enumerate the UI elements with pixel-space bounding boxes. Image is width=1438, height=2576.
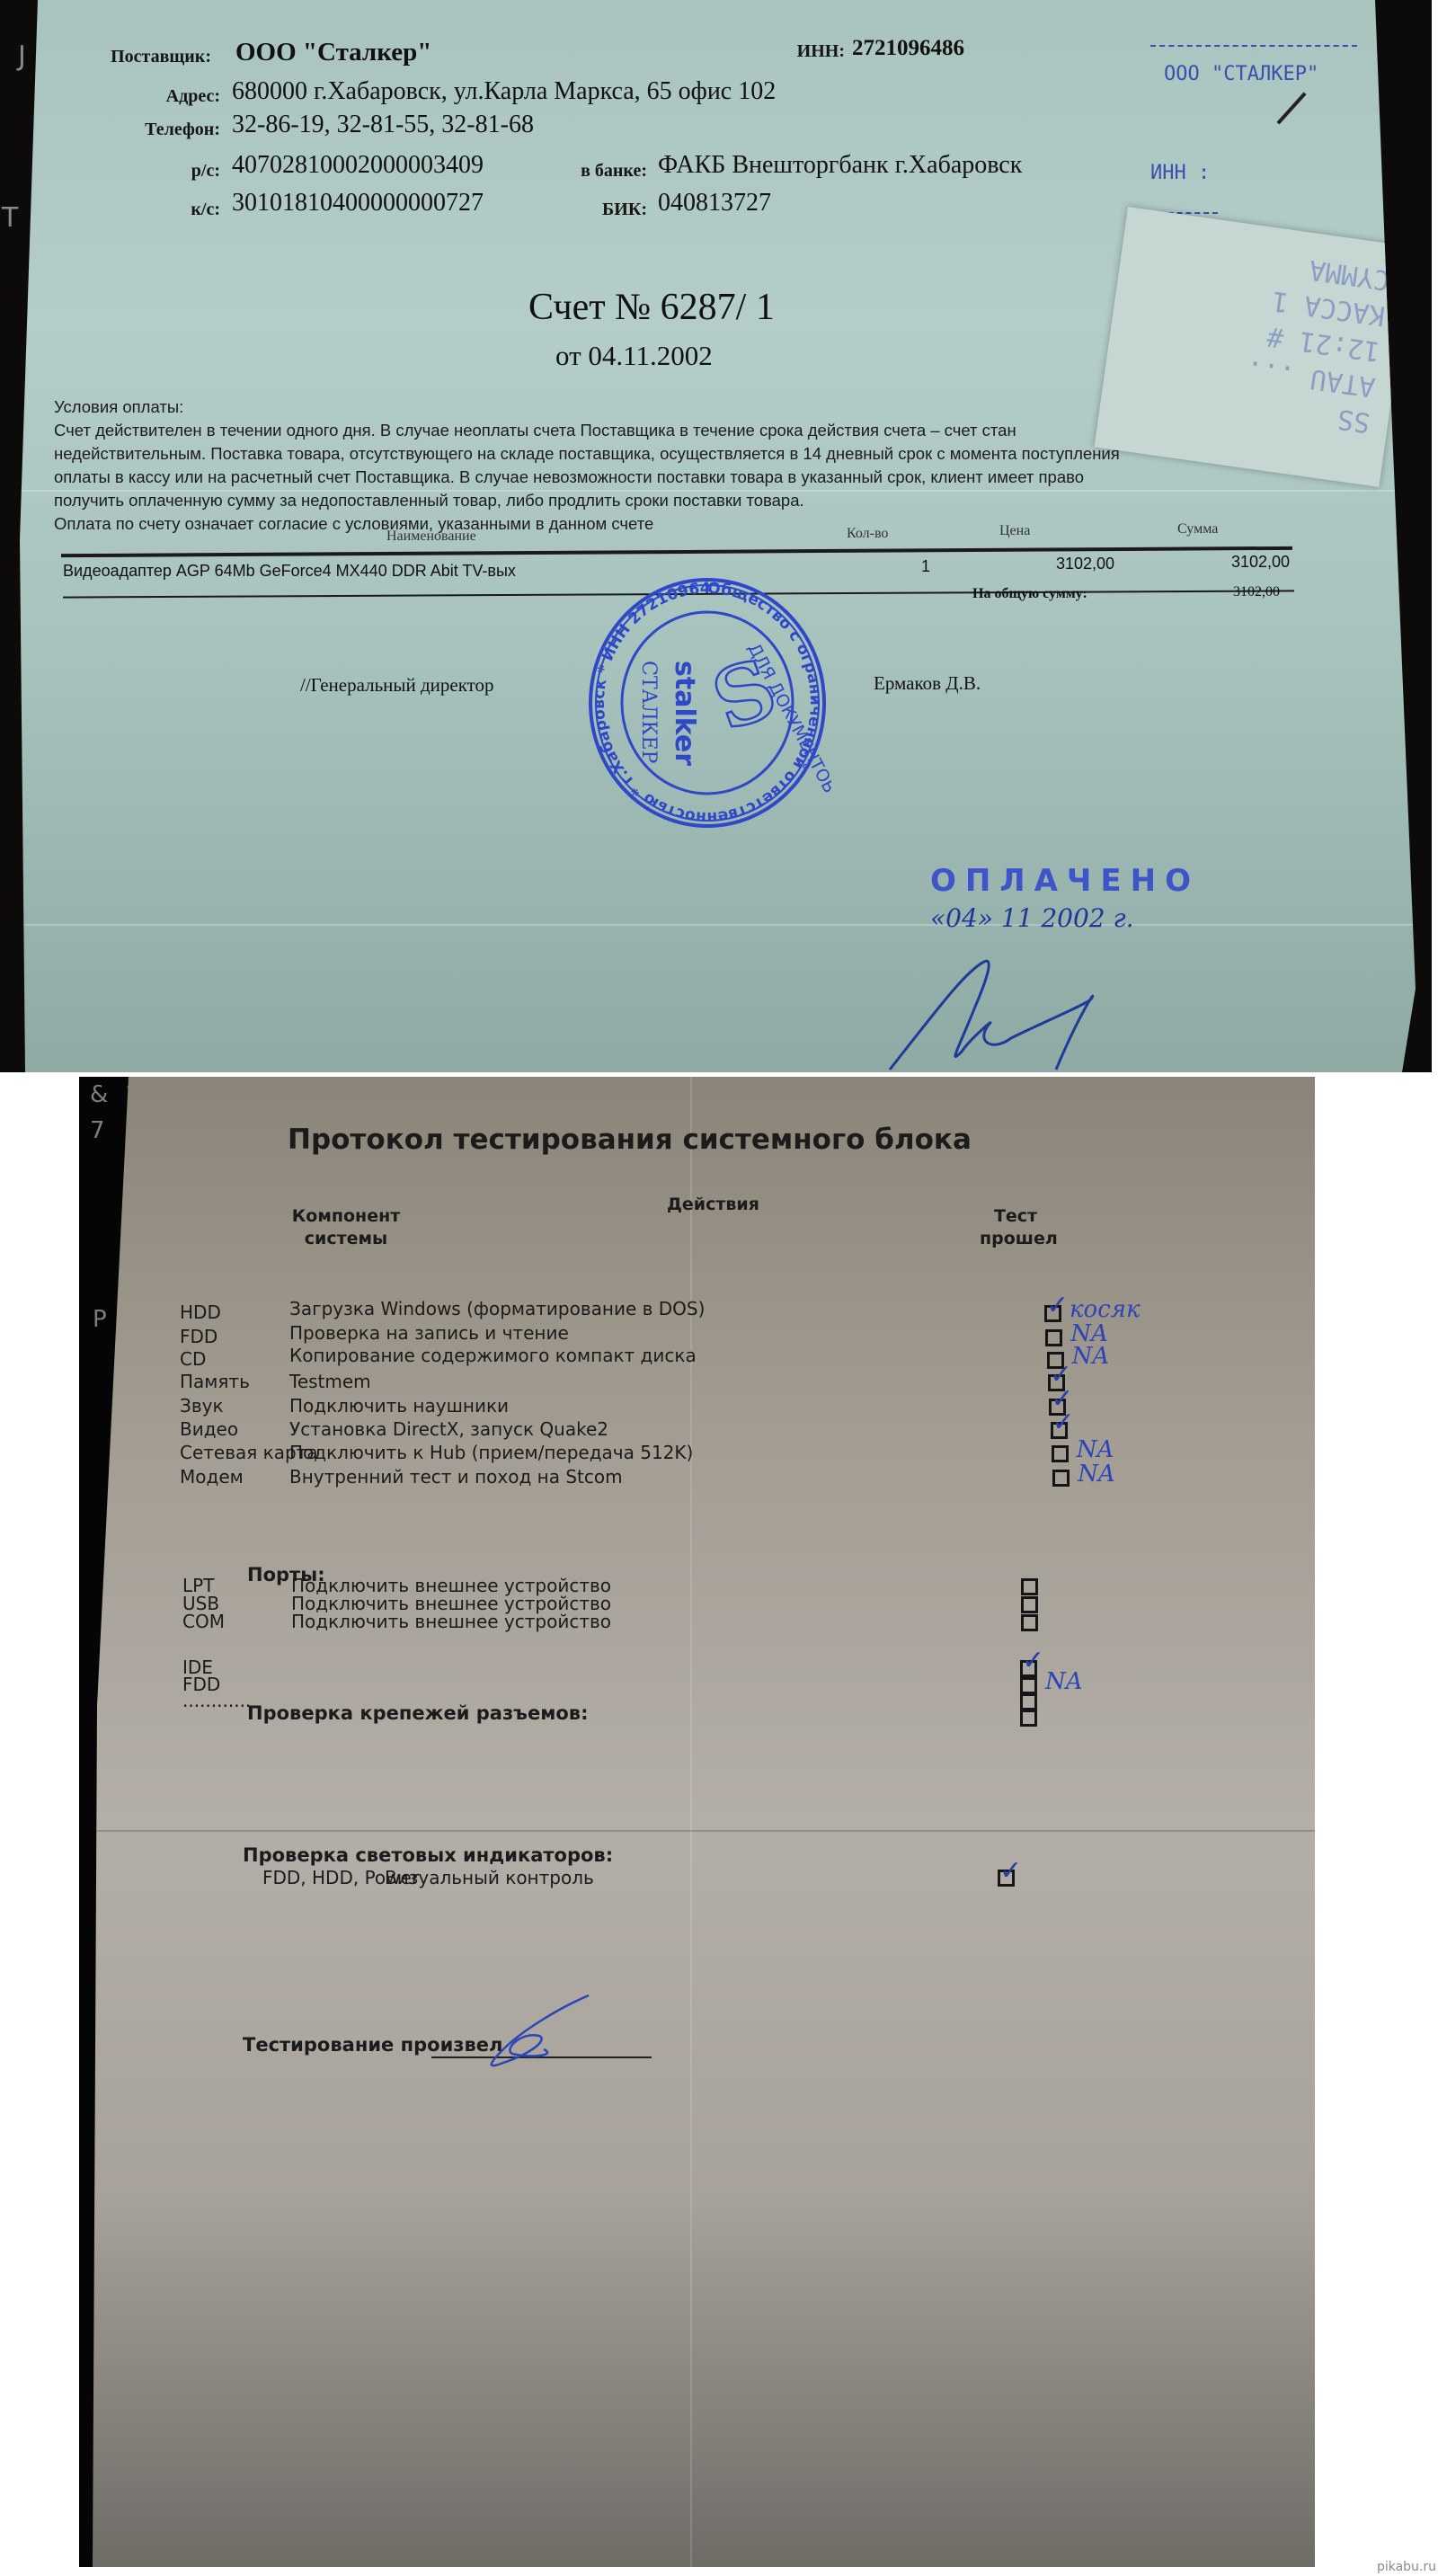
seal-inner-side: СТАЛКЕР xyxy=(637,661,660,764)
test-passed-checkbox[interactable] xyxy=(1021,1614,1038,1631)
background-keyboard-letter: T xyxy=(2,202,18,234)
tested-by-label: Тестирование произвел xyxy=(243,2034,502,2056)
test-action: Копирование содержимого компакт диска xyxy=(289,1345,697,1366)
signatory-name: Ермаков Д.В. xyxy=(874,672,981,695)
handwritten-note: NA xyxy=(1078,1461,1115,1488)
component-name: Память xyxy=(180,1371,250,1392)
paper-fold xyxy=(79,1830,1315,1832)
seal-logo-text: stalker xyxy=(669,661,700,766)
background-keyboard-letter: P xyxy=(93,1306,107,1333)
handwritten-note: косяк xyxy=(1070,1296,1140,1323)
receipt-company: ООО "СТАЛКЕР" xyxy=(1164,63,1318,85)
supplier-name: ООО "Сталкер" xyxy=(235,38,431,67)
item-sum: 3102,00 xyxy=(1231,553,1290,572)
terms-line: оплаты в кассу или на расчетный счет Пос… xyxy=(54,466,1294,489)
total-value: 3102,00 xyxy=(1233,584,1280,600)
test-action: Подключить к Hub (прием/передача 512K) xyxy=(289,1442,693,1463)
phone-value: 32-86-19, 32-81-55, 32-81-68 xyxy=(232,111,534,139)
background-keyboard-letter: 7 xyxy=(90,1117,105,1144)
bank-value: ФАКБ Внешторгбанк г.Хабаровск xyxy=(658,151,1022,180)
invoice-photo: J T Поставщик: ООО "Сталкер" ИНН: 272109… xyxy=(0,0,1432,1072)
inn-value: 2721096486 xyxy=(852,36,964,61)
account-value: 40702810002000003409 xyxy=(232,151,484,180)
column-header-sum: Сумма xyxy=(1177,521,1218,537)
background-keyboard-letter: J xyxy=(18,40,26,72)
paid-date: «04» 11 2002 г. xyxy=(930,903,1134,933)
protocol-title: Протокол тестирования системного блока xyxy=(288,1124,972,1156)
account-label: р/с: xyxy=(135,161,220,182)
test-action: Установка DirectX, запуск Quake2 xyxy=(289,1418,608,1440)
invoice-date: от 04.11.2002 xyxy=(555,340,713,372)
component-name: HDD xyxy=(180,1301,221,1323)
terms-line: получить оплаченную сумму за недопоставл… xyxy=(54,489,1294,512)
test-action: Загрузка Windows (форматирование в DOS) xyxy=(289,1298,705,1319)
handwritten-signature xyxy=(885,953,1119,1072)
pen-mark xyxy=(1276,92,1306,124)
signatory-title: //Генеральный директор xyxy=(300,674,494,697)
test-action: Подключить внешнее устройство xyxy=(291,1611,611,1632)
paper-fold xyxy=(0,924,1432,926)
checkmark-icon: ✓ xyxy=(999,1858,1022,1885)
background-keyboard-letter: & xyxy=(90,1081,108,1108)
terms-line: Оплата по счету означает согласие с усло… xyxy=(54,512,1294,536)
tester-signature xyxy=(467,1991,593,2072)
test-action: Проверка на запись и чтение xyxy=(289,1322,569,1344)
receipt-inn-label: ИНН : xyxy=(1150,162,1210,184)
column-header-passed: Тест прошел xyxy=(980,1205,1052,1250)
indicators-heading: Проверка световых индикаторов: xyxy=(243,1844,613,1866)
total-label: На общую сумму: xyxy=(972,586,1087,602)
column-header-component: Компонент системы xyxy=(283,1205,409,1250)
test-action: Подключить наушники xyxy=(289,1395,509,1417)
item-name: Видеоадаптер AGP 64Mb GeForce4 MX440 DDR… xyxy=(63,562,516,581)
test-passed-checkbox[interactable] xyxy=(1020,1710,1037,1727)
test-passed-checkbox[interactable] xyxy=(1052,1445,1069,1462)
component-name: COM xyxy=(182,1611,225,1632)
test-passed-checkbox[interactable] xyxy=(1021,1596,1038,1613)
corr-account-value: 30101810400000000727 xyxy=(232,189,484,218)
invoice-sheet: Поставщик: ООО "Сталкер" ИНН: 2721096486… xyxy=(0,0,1432,1072)
component-name: ............ xyxy=(182,1690,251,1711)
component-name: Модем xyxy=(180,1466,244,1488)
test-passed-checkbox[interactable] xyxy=(1020,1677,1037,1694)
checkmark-icon: ✓ xyxy=(1052,1409,1075,1436)
test-action: Внутренний тест и поход на Stcom xyxy=(289,1466,623,1488)
protocol-photo: & ? 7 P Протокол тестирования системного… xyxy=(79,1077,1315,2567)
corr-account-label: к/с: xyxy=(135,200,220,220)
dotted-line xyxy=(1150,45,1357,47)
column-header-qty: Кол-во xyxy=(847,526,888,542)
checkmark-icon: ✓ xyxy=(1022,1648,1044,1674)
bik-value: 040813727 xyxy=(658,189,771,218)
test-passed-checkbox[interactable] xyxy=(1045,1329,1062,1346)
test-passed-checkbox[interactable] xyxy=(1021,1578,1038,1595)
bank-label: в банке: xyxy=(557,161,647,182)
component-name: FDD xyxy=(180,1326,217,1347)
handwritten-note: NA xyxy=(1077,1436,1114,1463)
supplier-label: Поставщик: xyxy=(99,47,211,67)
connectors-heading: Проверка крепежей разъемов: xyxy=(247,1702,589,1724)
component-name: Звук xyxy=(180,1395,224,1417)
seal-logo-letter: S xyxy=(701,640,788,750)
column-header-action: Действия xyxy=(667,1194,759,1216)
column-header-price: Цена xyxy=(999,523,1030,539)
component-name: CD xyxy=(180,1348,206,1370)
paid-stamp: ОПЛАЧЕНО xyxy=(930,863,1200,899)
item-qty: 1 xyxy=(921,557,930,576)
test-passed-checkbox[interactable] xyxy=(1052,1470,1070,1487)
test-action: Testmem xyxy=(289,1371,371,1392)
checkmark-icon: ✓ xyxy=(1046,1292,1069,1319)
column-header-name: Наименование xyxy=(386,529,476,545)
company-seal: Общество с ограниченной ответственностью… xyxy=(584,575,831,831)
watermark: pikabu.ru xyxy=(1377,2560,1436,2574)
invoice-title: Счет № 6287/ 1 xyxy=(528,286,775,329)
item-price: 3102,00 xyxy=(1056,555,1114,573)
test-passed-checkbox[interactable] xyxy=(1020,1693,1037,1710)
handwritten-note: NA xyxy=(1045,1668,1083,1695)
component-name: Видео xyxy=(180,1418,238,1440)
cash-receipt-slip: SS ATAU ... 12:21 # KACCA 1 CYMMA xyxy=(1094,207,1412,487)
address-label: Адрес: xyxy=(99,86,220,107)
phone-label: Телефон: xyxy=(81,120,220,140)
protocol-sheet: Протокол тестирования системного блока К… xyxy=(79,1077,1315,2567)
bik-label: БИК: xyxy=(557,200,647,220)
handwritten-note: NA xyxy=(1072,1343,1110,1370)
inn-label: ИНН: xyxy=(791,41,845,62)
address-value: 680000 г.Хабаровск, ул.Карла Маркса, 65 … xyxy=(232,77,776,106)
indicators-action: Визуальный контроль xyxy=(385,1867,594,1888)
